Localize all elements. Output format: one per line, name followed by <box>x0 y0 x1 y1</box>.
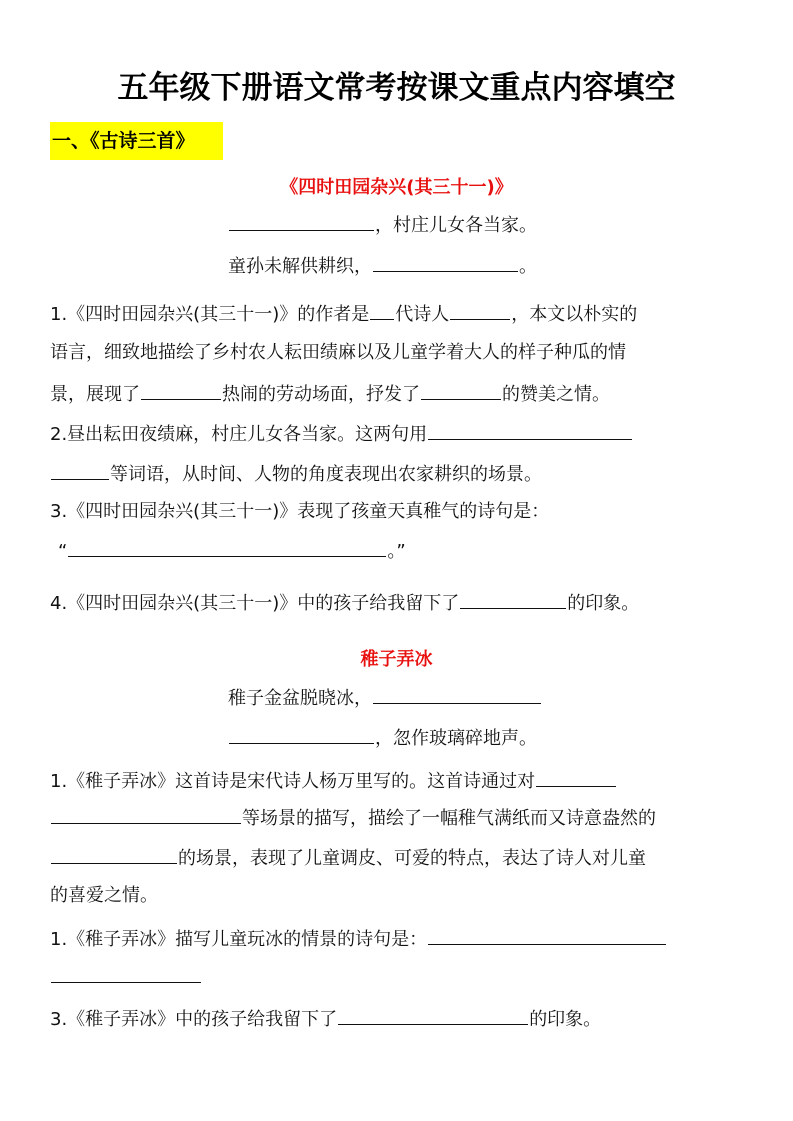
poem2-question-1-line-4: 的喜爱之情。 <box>50 884 158 908</box>
poem2-question-1-line-2: 等场景的描写，描绘了一幅稚气满纸而又诗意盎然的 <box>50 805 656 831</box>
question-text: 1.《稚子弄冰》描写儿童玩冰的情景的诗句是： <box>50 929 427 950</box>
answer-blank[interactable] <box>229 725 374 744</box>
poem2-line-1: 稚子金盆脱晓冰， <box>228 685 542 711</box>
answer-blank[interactable] <box>229 212 374 231</box>
question-text: 热闹的劳动场面，抒发了 <box>222 384 420 405</box>
poem1-question-3-line-1: 3.《四时田园杂兴(其三十一)》表现了孩童天真稚气的诗句是： <box>50 500 549 524</box>
answer-blank[interactable] <box>51 964 201 983</box>
question-text: 2.昼出耘田夜绩麻，村庄儿女各当家。这两句用 <box>50 424 427 445</box>
poem-text: ，忽作玻璃碎地声。 <box>375 728 537 749</box>
answer-blank[interactable] <box>421 381 501 400</box>
question-text: 3.《稚子弄冰》中的孩子给我留下了 <box>50 1009 337 1030</box>
quote-mark: 。” <box>387 541 405 562</box>
question-text: 等词语，从时间、人物的角度表现出农家耕织的场景。 <box>110 464 542 485</box>
answer-blank[interactable] <box>338 1006 528 1025</box>
question-text: 1.《四时田园杂兴(其三十一)》的作者是 <box>50 304 369 325</box>
poem2-question-3: 3.《稚子弄冰》中的孩子给我留下了的印象。 <box>50 1006 601 1032</box>
question-text: 4.《四时田园杂兴(其三十一)》中的孩子给我留下了 <box>50 593 459 614</box>
poem1-question-3-line-2: “。” <box>58 538 406 564</box>
answer-blank[interactable] <box>370 301 394 320</box>
question-text: 的赞美之情。 <box>502 384 610 405</box>
answer-blank[interactable] <box>373 253 518 272</box>
poem1-line-1: ，村庄儿女各当家。 <box>228 212 537 238</box>
answer-blank[interactable] <box>141 381 221 400</box>
answer-blank[interactable] <box>428 926 666 945</box>
page-title: 五年级下册语文常考按课文重点内容填空 <box>0 62 793 107</box>
question-text: 景，展现了 <box>50 384 140 405</box>
answer-blank[interactable] <box>428 421 632 440</box>
section-heading: 一、《古诗三首》 <box>50 122 223 160</box>
question-text: 的场景，表现了儿童调皮、可爱的特点，表达了诗人对儿童 <box>178 848 646 869</box>
poem-text: 稚子金盆脱晓冰， <box>228 688 372 709</box>
poem-text: 童孙未解供耕织， <box>228 256 372 277</box>
poem-text: ，村庄儿女各当家。 <box>375 215 537 236</box>
answer-blank[interactable] <box>450 301 510 320</box>
answer-blank[interactable] <box>51 461 109 480</box>
answer-blank[interactable] <box>51 805 241 824</box>
poem2-question-1-line-1: 1.《稚子弄冰》这首诗是宋代诗人杨万里写的。这首诗通过对 <box>50 768 617 794</box>
poem2-question-2-line-1: 1.《稚子弄冰》描写儿童玩冰的情景的诗句是： <box>50 926 667 952</box>
answer-blank[interactable] <box>51 845 177 864</box>
poem1-question-1-line-3: 景，展现了热闹的劳动场面，抒发了的赞美之情。 <box>50 381 610 407</box>
poem1-line-2: 童孙未解供耕织，。 <box>228 253 537 279</box>
answer-blank[interactable] <box>536 768 616 787</box>
answer-blank[interactable] <box>460 590 566 609</box>
question-text: 等场景的描写，描绘了一幅稚气满纸而又诗意盎然的 <box>242 808 656 829</box>
answer-blank[interactable] <box>68 538 386 557</box>
question-text: 1.《稚子弄冰》这首诗是宋代诗人杨万里写的。这首诗通过对 <box>50 771 535 792</box>
poem2-question-1-line-3: 的场景，表现了儿童调皮、可爱的特点，表达了诗人对儿童 <box>50 845 646 871</box>
poem1-question-2-line-1: 2.昼出耘田夜绩麻，村庄儿女各当家。这两句用 <box>50 421 633 447</box>
poem2-question-2-line-2 <box>50 964 202 990</box>
answer-blank[interactable] <box>373 685 541 704</box>
quote-mark: “ <box>58 541 67 562</box>
poem1-question-1-line-1: 1.《四时田园杂兴(其三十一)》的作者是代诗人，本文以朴实的 <box>50 301 637 327</box>
worksheet-page: 五年级下册语文常考按课文重点内容填空 一、《古诗三首》 《四时田园杂兴(其三十一… <box>0 0 793 1121</box>
question-text: 代诗人 <box>395 304 449 325</box>
poem1-question-1-line-2: 语言，细致地描绘了乡村农人耘田绩麻以及儿童学着大人的样子种瓜的情 <box>50 341 626 365</box>
poem-title-1: 《四时田园杂兴(其三十一)》 <box>0 173 793 199</box>
question-text: 的印象。 <box>567 593 639 614</box>
poem-text: 。 <box>519 256 537 277</box>
question-text: ，本文以朴实的 <box>511 304 637 325</box>
poem1-question-4: 4.《四时田园杂兴(其三十一)》中的孩子给我留下了的印象。 <box>50 590 639 616</box>
question-text: 的印象。 <box>529 1009 601 1030</box>
poem2-line-2: ，忽作玻璃碎地声。 <box>228 725 537 751</box>
poem-title-2: 稚子弄冰 <box>0 645 793 671</box>
poem1-question-2-line-2: 等词语，从时间、人物的角度表现出农家耕织的场景。 <box>50 461 542 487</box>
